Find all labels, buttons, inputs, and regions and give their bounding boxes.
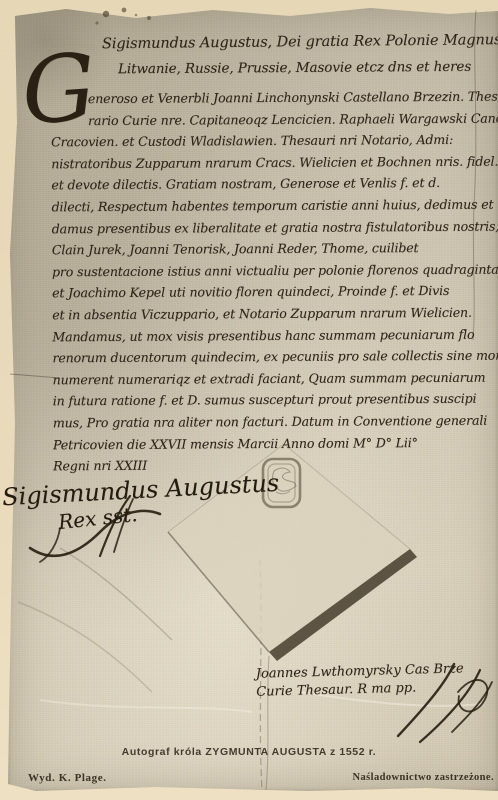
manuscript-line: mus, Pro gratia nra aliter non facturi. … xyxy=(53,410,477,434)
facsimile-card: Sigismundus Augustus, Dei gratia Rex Pol… xyxy=(0,0,498,800)
manuscript-line: rario Curie nre. Capitaneoqz Lencicien. … xyxy=(51,107,475,131)
manuscript-line: Clain Jurek, Joanni Tenorisk, Joanni Red… xyxy=(52,237,476,261)
manuscript-line: et devote dilectis. Gratiam nostram, Gen… xyxy=(51,172,475,196)
manuscript-line: et in absentia Viczuppario, et Notario Z… xyxy=(52,302,476,326)
manuscript-line: Petricovien die XXVII mensis Marcii Anno… xyxy=(53,431,477,455)
manuscript-line: renorum ducentorum quindecim, ex pecunii… xyxy=(52,345,476,369)
royal-title-line-2: Litwanie, Russie, Prussie, Masovie etcz … xyxy=(118,59,471,77)
manuscript-body: eneroso et Venerbli Joanni Linchonynski … xyxy=(51,86,477,477)
manuscript-line: Cracovien. et Custodi Wladislawien. Thes… xyxy=(51,129,475,153)
manuscript-line: eneroso et Venerbli Joanni Linchonynski … xyxy=(51,86,475,110)
manuscript-line: in futura ratione f. et D. sumus suscept… xyxy=(53,388,477,412)
publisher-imprint: Wyd. K. Plage. xyxy=(28,772,107,784)
manuscript-line: damus presentibus ex liberalitate et gra… xyxy=(52,215,476,239)
manuscript-line: dilecti, Respectum habentes temporum car… xyxy=(51,194,475,218)
initial-spacer xyxy=(51,88,88,129)
manuscript-line: et Joachimo Kepel uti novitio floren qui… xyxy=(52,280,476,304)
manuscript-line: pro sustentacione istius anni victualiu … xyxy=(52,258,476,282)
rights-notice: Naśladownictwo zastrzeżone. xyxy=(353,772,494,783)
treasurer-note: Joannes Lwthomyrsky Cas Brze Curie Thesa… xyxy=(256,660,465,701)
manuscript-line: numerent numerariqz et extradi faciant, … xyxy=(53,366,477,390)
caption-title: Autograf króla ZYGMUNTA AUGUSTA z 1552 r… xyxy=(0,746,498,758)
manuscript-line: nistratoribus Zupparum nrarum Cracs. Wie… xyxy=(51,150,475,174)
manuscript-line: Mandamus, ut mox visis presentibus hanc … xyxy=(52,323,476,347)
